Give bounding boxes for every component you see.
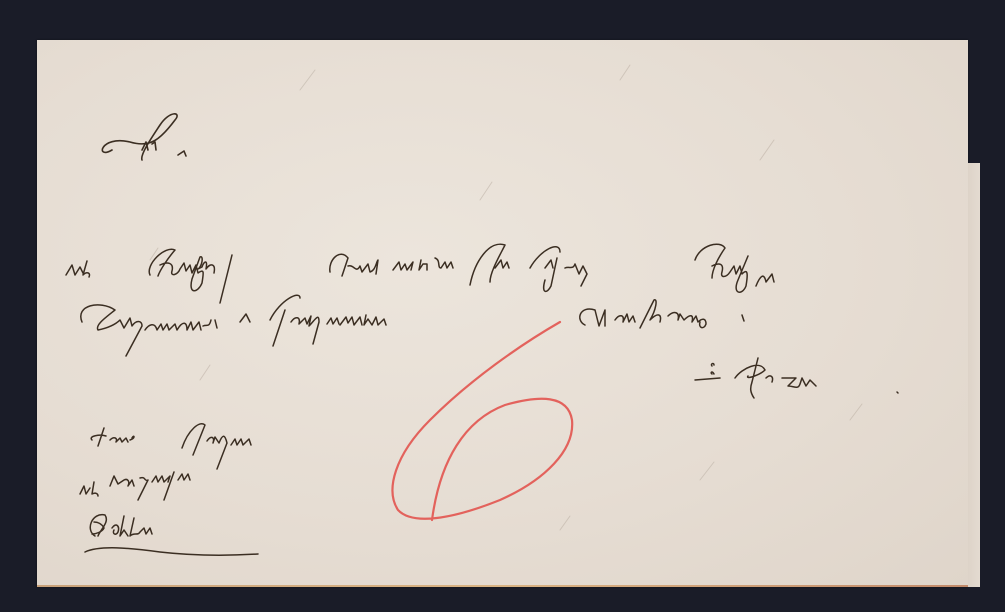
paper-stains (150, 65, 862, 530)
address-handwriting-line-3 (695, 358, 898, 398)
handwriting-layer (0, 0, 1005, 612)
address-handwriting-line-1 (66, 244, 774, 303)
address-handwriting-line-2 (81, 295, 744, 356)
sender-handwriting (80, 424, 258, 556)
salutation-handwriting (102, 114, 186, 160)
postage-numeral-6 (393, 322, 573, 520)
